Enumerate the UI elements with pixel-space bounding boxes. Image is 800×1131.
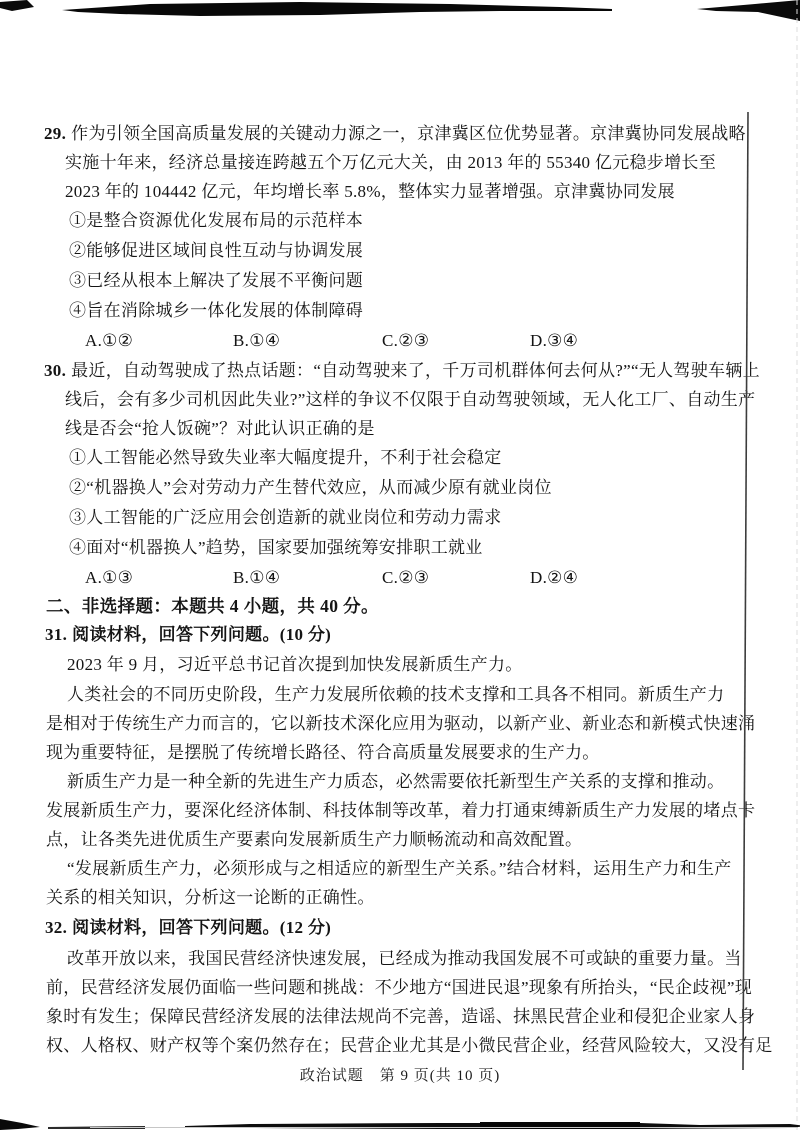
question-32: 32.阅读材料，回答下列问题。(12 分) 改革开放以来，我国民营经济快速发展，…	[0, 912, 800, 1060]
section-2-header: 二、非选择题：本题共 4 小题，共 40 分。	[0, 592, 800, 620]
question-29: 29.作为引领全国高质量发展的关键动力源之一，京津冀区位优势显著。京津冀协同发展…	[0, 119, 800, 356]
question-29-choice-b: B.①④	[233, 326, 382, 356]
question-30-item-1: ①人工智能必然导致失业率大幅度提升，不利于社会稳定	[0, 443, 800, 473]
question-30-item-4: ④面对“机器换人”趋势，国家要加强统筹安排职工就业	[0, 533, 800, 563]
question-30-item-2: ②“机器换人”会对劳动力产生替代效应，从而减少原有就业岗位	[0, 473, 800, 503]
question-30-choices-row: A.①③B.①④C.②③D.②④	[0, 563, 800, 592]
question-32-header: 32.阅读材料，回答下列问题。(12 分)	[0, 912, 800, 944]
question-29-number: 29.	[44, 124, 71, 143]
scan-smudge-bottom	[0, 1109, 800, 1131]
question-29-stem-line: 29.作为引领全国高质量发展的关键动力源之一，京津冀区位优势显著。京津冀协同发展…	[0, 119, 800, 148]
question-31-paragraph-line: 新质生产力是一种全新的先进生产力质态，必然需要依托新型生产关系的支撑和推动。	[0, 767, 800, 796]
question-29-choice-a: A.①②	[85, 326, 233, 356]
question-30-choice-c: C.②③	[382, 563, 530, 592]
question-30-choice-d: D.②④	[530, 563, 578, 592]
question-31-paragraph-line: 人类社会的不同历史阶段，生产力发展所依赖的技术支撑和工具各不相同。新质生产力	[0, 680, 800, 709]
question-31-task-line: 关系的相关知识，分析这一论断的正确性。	[0, 883, 800, 912]
question-29-stem-line: 2023 年的 104442 亿元，年均增长率 5.8%，整体实力显著增强。京津…	[0, 177, 800, 206]
question-32-paragraph-line: 前，民营经济发展仍面临一些问题和挑战：不少地方“国进民退”现象有所抬头，“民企歧…	[0, 973, 800, 1002]
question-31-number: 31.	[45, 625, 72, 644]
page-footer: 政治试题 第 9 页(共 10 页)	[0, 1066, 800, 1086]
scanned-exam-page: { "q29": { "number": "29.", "stem_lines"…	[0, 0, 800, 1131]
question-30-number: 30.	[44, 361, 71, 380]
question-31-paragraph-line: 是相对于传统生产力而言的，它以新技术深化应用为驱动，以新产业、新业态和新模式快速…	[0, 709, 800, 738]
question-31-paragraph-lead: 2023 年 9 月，习近平总书记首次提到加快发展新质生产力。	[0, 649, 800, 680]
question-32-title: 阅读材料，回答下列问题。(12 分)	[72, 918, 331, 937]
question-31: 31.阅读材料，回答下列问题。(10 分) 2023 年 9 月，习近平总书记首…	[0, 620, 800, 912]
question-31-header: 31.阅读材料，回答下列问题。(10 分)	[0, 620, 800, 649]
question-29-choice-c: C.②③	[382, 326, 530, 356]
question-29-item-1: ①是整合资源优化发展布局的示范样本	[0, 206, 800, 236]
question-30: 30.最近，自动驾驶成了热点话题：“自动驾驶来了，千万司机群体何去何从?”“无人…	[0, 356, 800, 592]
question-29-item-4: ④旨在消除城乡一体化发展的体制障碍	[0, 296, 800, 326]
question-29-choices-row: A.①②B.①④C.②③D.③④	[0, 326, 800, 356]
question-31-paragraph-line: 现为重要特征，是摆脱了传统增长路径、符合高质量发展要求的生产力。	[0, 738, 800, 767]
question-30-choice-b: B.①④	[233, 563, 382, 592]
question-32-paragraph-line: 象时有发生；保障民营经济发展的法律法规尚不完善，造谣、抹黑民营企业和侵犯企业家人…	[0, 1002, 800, 1031]
question-32-number: 32.	[45, 918, 72, 937]
question-32-paragraph-line: 权、人格权、财产权等个案仍然存在；民营企业尤其是小微民营企业，经营风险较大，又没…	[0, 1031, 800, 1060]
question-30-stem-line: 线后，会有多少司机因此失业?”这样的争议不仅限于自动驾驶领域，无人化工厂、自动生…	[0, 385, 800, 414]
question-31-task-line: “发展新质生产力，必须形成与之相适应的新型生产关系。”结合材料，运用生产力和生产	[0, 854, 800, 883]
question-29-stem-text: 作为引领全国高质量发展的关键动力源之一，京津冀区位优势显著。京津冀协同发展战略	[71, 124, 746, 143]
question-30-stem-line: 线是否会“抢人饭碗”？对此认识正确的是	[0, 414, 800, 443]
question-29-choice-d: D.③④	[530, 326, 578, 356]
question-30-item-3: ③人工智能的广泛应用会创造新的就业岗位和劳动力需求	[0, 503, 800, 533]
question-31-paragraph-line: 点，让各类先进优质生产要素向发展新质生产力顺畅流动和高效配置。	[0, 825, 800, 854]
question-32-paragraph-line: 改革开放以来，我国民营经济快速发展，已经成为推动我国发展不可或缺的重要力量。当	[0, 944, 800, 973]
question-31-title: 阅读材料，回答下列问题。(10 分)	[72, 625, 331, 644]
question-30-stem-text: 最近，自动驾驶成了热点话题：“自动驾驶来了，千万司机群体何去何从?”“无人驾驶车…	[71, 361, 760, 380]
question-30-stem-line: 30.最近，自动驾驶成了热点话题：“自动驾驶来了，千万司机群体何去何从?”“无人…	[0, 356, 800, 385]
question-29-item-3: ③已经从根本上解决了发展不平衡问题	[0, 266, 800, 296]
question-30-choice-a: A.①③	[85, 563, 233, 592]
exam-page-content: 29.作为引领全国高质量发展的关键动力源之一，京津冀区位优势显著。京津冀协同发展…	[0, 0, 800, 1086]
question-29-item-2: ②能够促进区域间良性互动与协调发展	[0, 236, 800, 266]
question-31-paragraph-line: 发展新质生产力，要深化经济体制、科技体制等改革，着力打通束缚新质生产力发展的堵点…	[0, 796, 800, 825]
question-29-stem-line: 实施十年来，经济总量接连跨越五个万亿元大关，由 2013 年的 55340 亿元…	[0, 148, 800, 177]
